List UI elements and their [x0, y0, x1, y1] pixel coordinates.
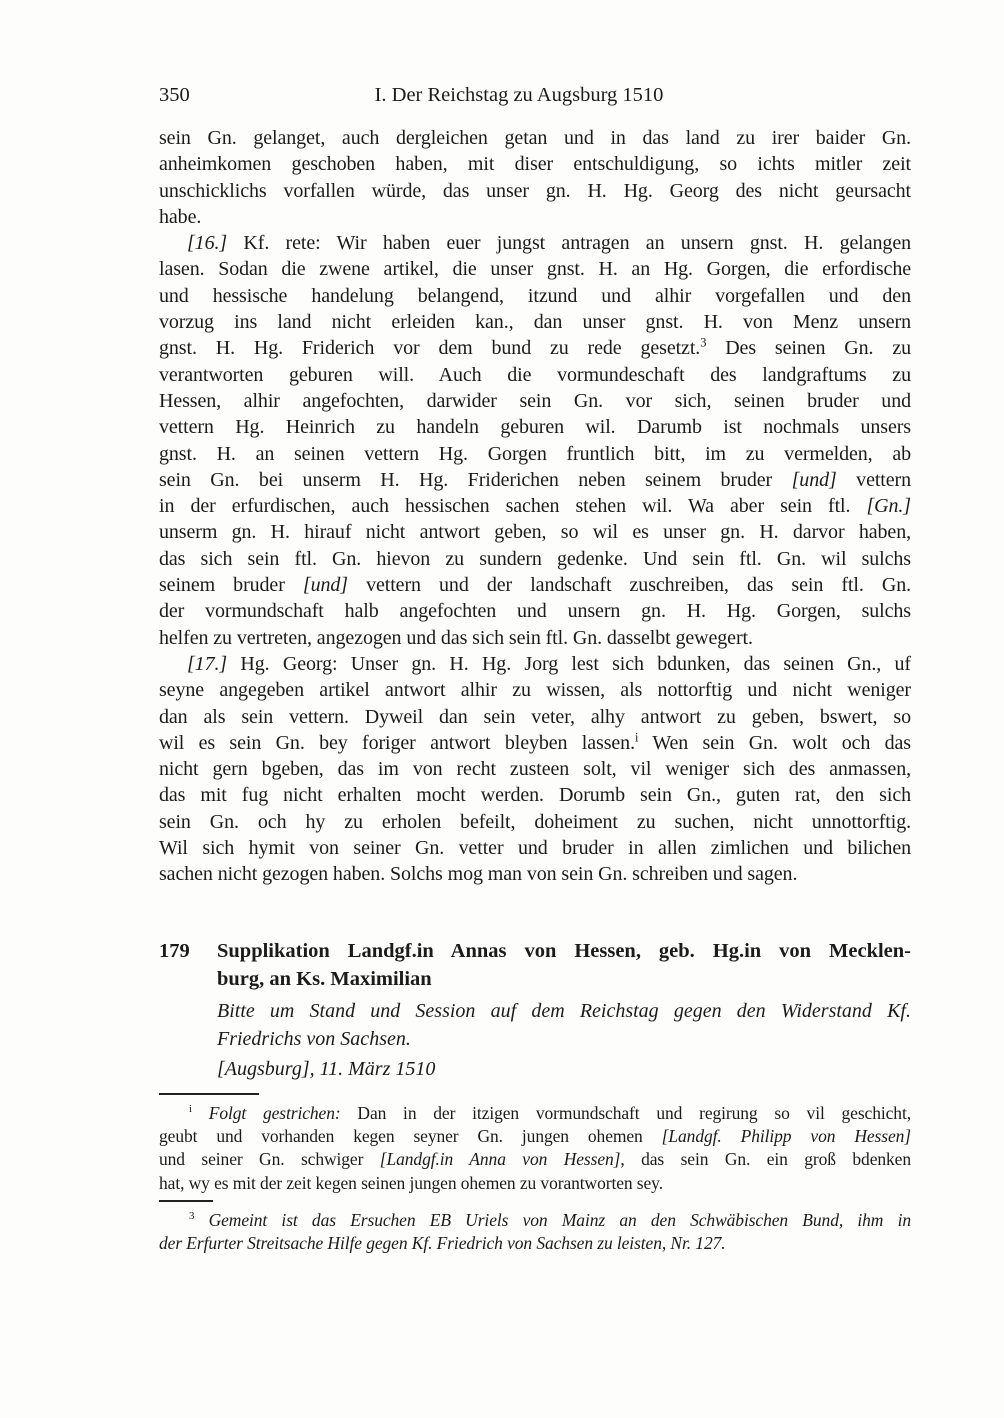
text-segment: [17.] — [187, 653, 227, 675]
text-segment: hat, wy es mit der zeit kegen seinen jun… — [159, 1173, 663, 1193]
page-header: 350 I. Der Reichstag zu Augsburg 1510 — [159, 82, 911, 108]
text-line: Supplikation Landgf.in Annas von Hessen,… — [217, 937, 911, 965]
text-segment: verantworten geburen will. Auch die vorm… — [159, 364, 911, 386]
text-segment: wil es sein Gn. bey foriger antwort bley… — [159, 732, 635, 754]
text-line: Friedrichs von Sachsen. — [217, 1025, 911, 1053]
text-segment: in der erfurdischen, auch hessischen sac… — [159, 495, 866, 517]
text-line: vettern Hg. Heinrich zu handeln geburen … — [159, 414, 911, 440]
text-line: [16.] Kf. rete: Wir haben euer jungst an… — [159, 230, 911, 256]
text-segment: seyne angegeben artikel antwort alhir zu… — [159, 679, 911, 701]
text-line: sachen nicht gezogen haben. Solchs mog m… — [159, 861, 911, 887]
text-segment: der vormundschaft halb angefochten und u… — [159, 600, 911, 622]
text-segment: und seiner Gn. schwiger — [159, 1149, 380, 1169]
text-segment: Des seinen Gn. zu — [706, 337, 911, 359]
text-segment: Hg. Georg: Unser gn. H. Hg. Jorg lest si… — [227, 653, 911, 675]
text-segment — [194, 1210, 208, 1230]
text-segment: helfen zu vertreten, angezogen und das s… — [159, 627, 753, 649]
footnote-commentary-3: 3 Gemeint ist das Ersuchen EB Uriels von… — [159, 1209, 911, 1256]
text-line: gnst. H. an seinen vettern Hg. Gorgen fr… — [159, 441, 911, 467]
text-line: 3 Gemeint ist das Ersuchen EB Uriels von… — [159, 1209, 911, 1232]
text-line: das sich sein ftl. Gn. hievon zu sundern… — [159, 546, 911, 572]
text-segment: sein Gn. bei unserm H. Hg. Friderichen n… — [159, 469, 792, 491]
text-line: vorzug ins land nicht erleiden kan., dan… — [159, 309, 911, 335]
text-segment: vettern — [837, 469, 911, 491]
text-segment: gnst. H. Hg. Friderich vor dem bund zu r… — [159, 337, 700, 359]
text-segment: vettern und der landschaft zuschreiben, … — [348, 574, 911, 596]
text-line: dan als sein vettern. Dyweil dan sein ve… — [159, 704, 911, 730]
text-line: nicht gern bgeben, das im von recht zust… — [159, 756, 911, 782]
footnote-area: i Folgt gestrichen: Dan in der itzigen v… — [159, 1093, 911, 1256]
text-line: anheimkomen geschoben haben, mit diser e… — [159, 151, 911, 177]
text-segment: Hessen, alhir angefochten, darwider sein… — [159, 390, 911, 412]
text-segment: geubt und vorhanden kegen seyner Gn. jun… — [159, 1126, 662, 1146]
text-line: der vormundschaft halb angefochten und u… — [159, 598, 911, 624]
footnote-separator-rule — [159, 1093, 259, 1095]
text-line: burg, an Ks. Maximilian — [217, 965, 911, 993]
text-segment: Friedrichs von Sachsen. — [217, 1028, 411, 1050]
text-segment: [Landgf.in Anna von Hessen] — [380, 1149, 621, 1169]
text-line: unschicklichs vorfallen würde, das unser… — [159, 178, 911, 204]
text-segment: Supplikation Landgf.in Annas von Hessen,… — [217, 940, 911, 962]
text-segment: gnst. H. an seinen vettern Hg. Gorgen fr… — [159, 443, 911, 465]
text-line: und hessische handelung belangend, itzun… — [159, 283, 911, 309]
entry-179: 179 Supplikation Landgf.in Annas von Hes… — [159, 937, 911, 1083]
text-line: geubt und vorhanden kegen seyner Gn. jun… — [159, 1125, 911, 1148]
text-segment: Wil sich hymit von seiner Gn. vetter und… — [159, 837, 911, 859]
text-segment: burg, an Ks. Maximilian — [217, 968, 432, 990]
text-line: seyne angegeben artikel antwort alhir zu… — [159, 677, 911, 703]
text-segment: lasen. Sodan die zwene artikel, die unse… — [159, 258, 911, 280]
entry-heading: 179 Supplikation Landgf.in Annas von Hes… — [159, 937, 911, 993]
text-line: seinem bruder [und] vettern und der land… — [159, 572, 911, 598]
text-line: sein Gn. gelanget, auch dergleichen geta… — [159, 125, 911, 151]
text-line: das mit fug nicht erhalten mocht werden.… — [159, 782, 911, 808]
footnote-apparatus-i: i Folgt gestrichen: Dan in der itzigen v… — [159, 1102, 911, 1195]
paragraph-17: [17.] Hg. Georg: Unser gn. H. Hg. Jorg l… — [159, 651, 911, 888]
text-line: verantworten geburen will. Auch die vorm… — [159, 362, 911, 388]
dateline-text: [Augsburg], 11. März 1510 — [217, 1055, 911, 1083]
text-line: sein Gn. och hy zu erholen befeilt, dohe… — [159, 809, 911, 835]
text-segment: Folgt gestrichen: — [209, 1103, 341, 1123]
text-segment: sachen nicht gezogen haben. Solchs mog m… — [159, 863, 797, 885]
text-segment: das sich sein ftl. Gn. hievon zu sundern… — [159, 548, 911, 570]
text-segment: vettern Hg. Heinrich zu handeln geburen … — [159, 416, 911, 438]
text-segment: Bitte um Stand und Session auf dem Reich… — [217, 1000, 911, 1022]
text-segment: unschicklichs vorfallen würde, das unser… — [159, 180, 911, 202]
entry-title: Supplikation Landgf.in Annas von Hessen,… — [217, 937, 911, 993]
text-segment: [Landgf. Philipp von Hessen] — [662, 1126, 911, 1146]
text-segment: nicht gern bgeben, das im von recht zust… — [159, 758, 911, 780]
running-title: I. Der Reichstag zu Augsburg 1510 — [143, 82, 895, 108]
entry-number: 179 — [159, 937, 190, 965]
text-line: wil es sein Gn. bey foriger antwort bley… — [159, 730, 911, 756]
text-segment: [16.] — [187, 232, 227, 254]
text-segment: und hessische handelung belangend, itzun… — [159, 285, 911, 307]
footnote-separator-rule-2 — [159, 1200, 213, 1202]
text-line: habe. — [159, 204, 911, 230]
text-segment: unserm gn. H. hirauf nicht antwort geben… — [159, 521, 911, 543]
text-segment: sein Gn. och hy zu erholen befeilt, dohe… — [159, 811, 911, 833]
text-line: der Erfurter Streitsache Hilfe gegen Kf.… — [159, 1232, 911, 1255]
entry-regest: Bitte um Stand und Session auf dem Reich… — [159, 997, 911, 1053]
text-segment: habe. — [159, 206, 201, 228]
text-line: i Folgt gestrichen: Dan in der itzigen v… — [159, 1102, 911, 1125]
text-segment: anheimkomen geschoben haben, mit diser e… — [159, 153, 911, 175]
text-line: Wil sich hymit von seiner Gn. vetter und… — [159, 835, 911, 861]
main-text: sein Gn. gelanget, auch dergleichen geta… — [159, 125, 911, 888]
text-segment: vorzug ins land nicht erleiden kan., dan… — [159, 311, 911, 333]
text-line: lasen. Sodan die zwene artikel, die unse… — [159, 256, 911, 282]
text-line: helfen zu vertreten, angezogen und das s… — [159, 625, 911, 651]
text-segment: seinem bruder — [159, 574, 303, 596]
paragraph-continuation: sein Gn. gelanget, auch dergleichen geta… — [159, 125, 911, 230]
text-segment: , das sein Gn. ein groß bdenken — [620, 1149, 911, 1169]
text-segment: [und] — [792, 469, 837, 491]
text-line: Bitte um Stand und Session auf dem Reich… — [217, 997, 911, 1025]
text-column: 350 I. Der Reichstag zu Augsburg 1510 se… — [159, 0, 911, 1255]
text-segment: dan als sein vettern. Dyweil dan sein ve… — [159, 706, 911, 728]
text-segment: [und] — [303, 574, 348, 596]
text-line: gnst. H. Hg. Friderich vor dem bund zu r… — [159, 335, 911, 361]
text-segment: Dan in der itzigen vormundschaft und reg… — [341, 1103, 911, 1123]
text-line: [17.] Hg. Georg: Unser gn. H. Hg. Jorg l… — [159, 651, 911, 677]
entry-dateline: [Augsburg], 11. März 1510 — [159, 1055, 911, 1083]
text-segment: [Gn.] — [866, 495, 911, 517]
text-segment: Gemeint ist das Ersuchen EB Uriels von M… — [209, 1210, 911, 1230]
text-segment: das mit fug nicht erhalten mocht werden.… — [159, 784, 911, 806]
paragraph-16: [16.] Kf. rete: Wir haben euer jungst an… — [159, 230, 911, 651]
text-line: hat, wy es mit der zeit kegen seinen jun… — [159, 1172, 911, 1195]
text-line: und seiner Gn. schwiger [Landgf.in Anna … — [159, 1148, 911, 1171]
text-line: unserm gn. H. hirauf nicht antwort geben… — [159, 519, 911, 545]
text-line: sein Gn. bei unserm H. Hg. Friderichen n… — [159, 467, 911, 493]
book-page: 350 I. Der Reichstag zu Augsburg 1510 se… — [0, 0, 1004, 1418]
text-segment: sein Gn. gelanget, auch dergleichen geta… — [159, 127, 911, 149]
text-segment: der Erfurter Streitsache Hilfe gegen Kf.… — [159, 1233, 726, 1253]
text-line: in der erfurdischen, auch hessischen sac… — [159, 493, 911, 519]
text-segment: Wen sein Gn. wolt och das — [638, 732, 911, 754]
text-segment: Kf. rete: Wir haben euer jungst antragen… — [227, 232, 911, 254]
text-line: Hessen, alhir angefochten, darwider sein… — [159, 388, 911, 414]
text-segment — [192, 1103, 209, 1123]
